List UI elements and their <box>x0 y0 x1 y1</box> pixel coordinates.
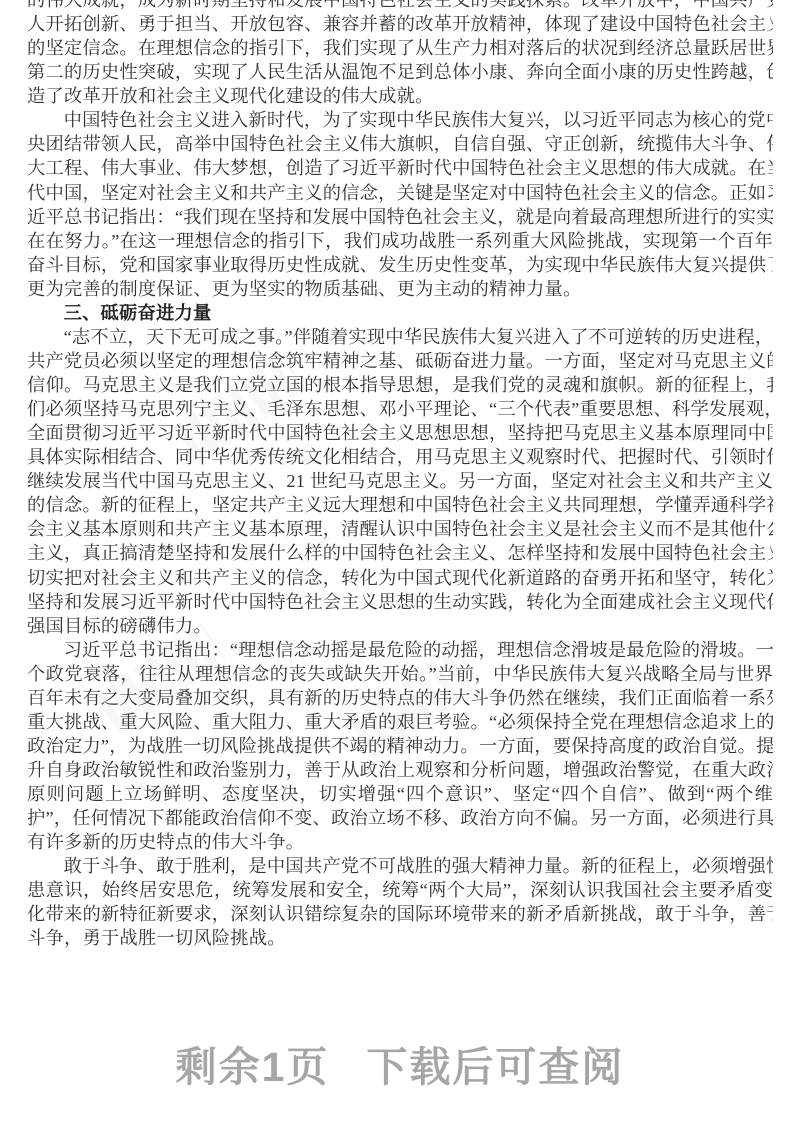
text-line: 会主义基本原则和共产主义基本原理，清醒认识中国特色社会主义是社会主义而不是其他什… <box>27 517 773 541</box>
download-promo: 剩余1页下载后可查阅 <box>0 1044 800 1090</box>
text-line: 的坚定信念。在理想信念的指引下，我们实现了从生产力相对落后的状况到经济总量跃居世… <box>27 36 773 60</box>
text-line: 们必须坚持马克思列宁主义、毛泽东思想、邓小平理论、“三个代表”重要思想、科学发展… <box>27 397 773 421</box>
text-line: 人开拓创新、勇于担当、开放包容、兼容并蓄的改革开放精神，体现了建设中国特色社会主… <box>27 12 773 36</box>
text-line: 切实把对社会主义和共产主义的信念，转化为中国式现代化新道路的奋勇开拓和坚守，转化… <box>27 566 773 590</box>
text-line: 习近平总书记指出：“理想信念动摇是最危险的动摇，理想信念滑坡是最危险的滑坡。一 <box>27 638 773 662</box>
text-line: “志不立，天下无可成之事。”伴随着实现中华民族伟大复兴进入了不可逆转的历史进程， <box>27 325 773 349</box>
text-line: 中国特色社会主义进入新时代，为了实现中华民族伟大复兴，以习近平同志为核心的党中 <box>27 108 773 132</box>
text-line: 原则问题上立场鲜明、态度坚决，切实增强“四个意识”、坚定“四个自信”、做到“两个… <box>27 782 773 806</box>
text-line: 护”，任何情况下都能政治信仰不变、政治立场不移、政治方向不偏。另一方面，必须进行… <box>27 806 773 830</box>
text-line: 个政党衰落，往往从理想信念的丧失或缺失开始。”当前，中华民族伟大复兴战略全局与世… <box>27 662 773 686</box>
text-line: 第二的历史性突破，实现了人民生活从温饱不足到总体小康、奔向全面小康的历史性跨越，… <box>27 60 773 84</box>
text-line: 重大挑战、重大风险、重大阻力、重大矛盾的艰巨考验。“必须保持全党在理想信念追求上… <box>27 710 773 734</box>
download-hint-label: 下载后可查阅 <box>366 1044 624 1090</box>
text-line: 奋斗目标，党和国家事业取得历史性成就、发生历史性变革，为实现中华民族伟大复兴提供… <box>27 253 773 277</box>
text-line: 化带来的新特征新要求，深刻认识错综复杂的国际环境带来的新矛盾新挑战，敢于斗争，善… <box>27 902 773 926</box>
text-line: 继续发展当代中国马克思主义、21 世纪马克思主义。另一方面，坚定对社会主义和共产… <box>27 469 773 493</box>
text-line: 斗争，勇于战胜一切风险挑战。 <box>27 926 773 950</box>
text-line: 信仰。马克思主义是我们立党立国的根本指导思想，是我们党的灵魂和旗帜。新的征程上，… <box>27 373 773 397</box>
text-line: 造了改革开放和社会主义现代化建设的伟大成就。 <box>27 84 773 108</box>
document-body: 的伟大成就，成为新时期坚持和发展中国特色社会主义的实践探索。改革开放中，中国共产… <box>27 0 773 951</box>
text-line: 共产党员必须以坚定的理想信念筑牢精神之基、砥砺奋进力量。一方面，坚定对马克思主义… <box>27 349 773 373</box>
text-line: 主义，真正搞清楚坚持和发展什么样的中国特色社会主义、怎样坚持和发展中国特色社会主… <box>27 541 773 565</box>
text-line: 强国目标的磅礴伟力。 <box>27 614 773 638</box>
text-line: 在在努力。”在这一理想信念的指引下，我们成功战胜一系列重大风险挑战，实现第一个百… <box>27 229 773 253</box>
text-line: 全面贯彻习近平习近平新时代中国特色社会主义思想思想，坚持把马克思主义基本原理同中… <box>27 421 773 445</box>
document-page: 的伟大成就，成为新时期坚持和发展中国特色社会主义的实践探索。改革开放中，中国共产… <box>0 0 800 1146</box>
text-line: 近平总书记指出：“我们现在坚持和发展中国特色社会主义，就是向着最高理想所进行的实… <box>27 205 773 229</box>
text-line: 的信念。新的征程上，坚定共产主义远大理想和中国特色社会主义共同理想，学懂弄通科学… <box>27 493 773 517</box>
text-line: 有许多新的历史特点的伟大斗争。 <box>27 830 773 854</box>
text-line: 政治定力”，为战胜一切风险挑战提供不竭的精神动力。一方面，要保持高度的政治自觉。… <box>27 734 773 758</box>
text-line: 升自身政治敏锐性和政治鉴别力，善于从政治上观察和分析问题，增强政治警觉，在重大政… <box>27 758 773 782</box>
text-line: 具体实际相结合、同中华优秀传统文化相结合，用马克思主义观察时代、把握时代、引领时… <box>27 445 773 469</box>
text-line: 更为完善的制度保证、更为坚实的物质基础、更为主动的精神力量。 <box>27 277 773 301</box>
text-line: 代中国，坚定对社会主义和共产主义的信念，关键是坚定对中国特色社会主义的信念。正如… <box>27 181 773 205</box>
text-line: 央团结带领人民，高举中国特色社会主义伟大旗帜，自信自强、守正创新，统揽伟大斗争、… <box>27 132 773 156</box>
text-line: 坚持和发展习近平新时代中国特色社会主义思想的生动实践，转化为全面建成社会主义现代… <box>27 590 773 614</box>
section-heading: 三、砥砺奋进力量 <box>27 301 773 325</box>
remaining-pages-label: 剩余1页 <box>176 1044 330 1090</box>
text-line: 患意识，始终居安思危，统筹发展和安全，统筹“两个大局”，深刻认识我国社会主要矛盾… <box>27 878 773 902</box>
text-line: 敢于斗争、敢于胜利，是中国共产党不可战胜的强大精神力量。新的征程上，必须增强忧 <box>27 854 773 878</box>
text-line: 大工程、伟大事业、伟大梦想，创造了习近平新时代中国特色社会主义思想的伟大成就。在… <box>27 156 773 180</box>
text-line: 百年未有之大变局叠加交织，具有新的历史特点的伟大斗争仍然在继续，我们正面临着一系… <box>27 686 773 710</box>
text-line: 的伟大成就，成为新时期坚持和发展中国特色社会主义的实践探索。改革开放中，中国共产… <box>27 0 773 12</box>
